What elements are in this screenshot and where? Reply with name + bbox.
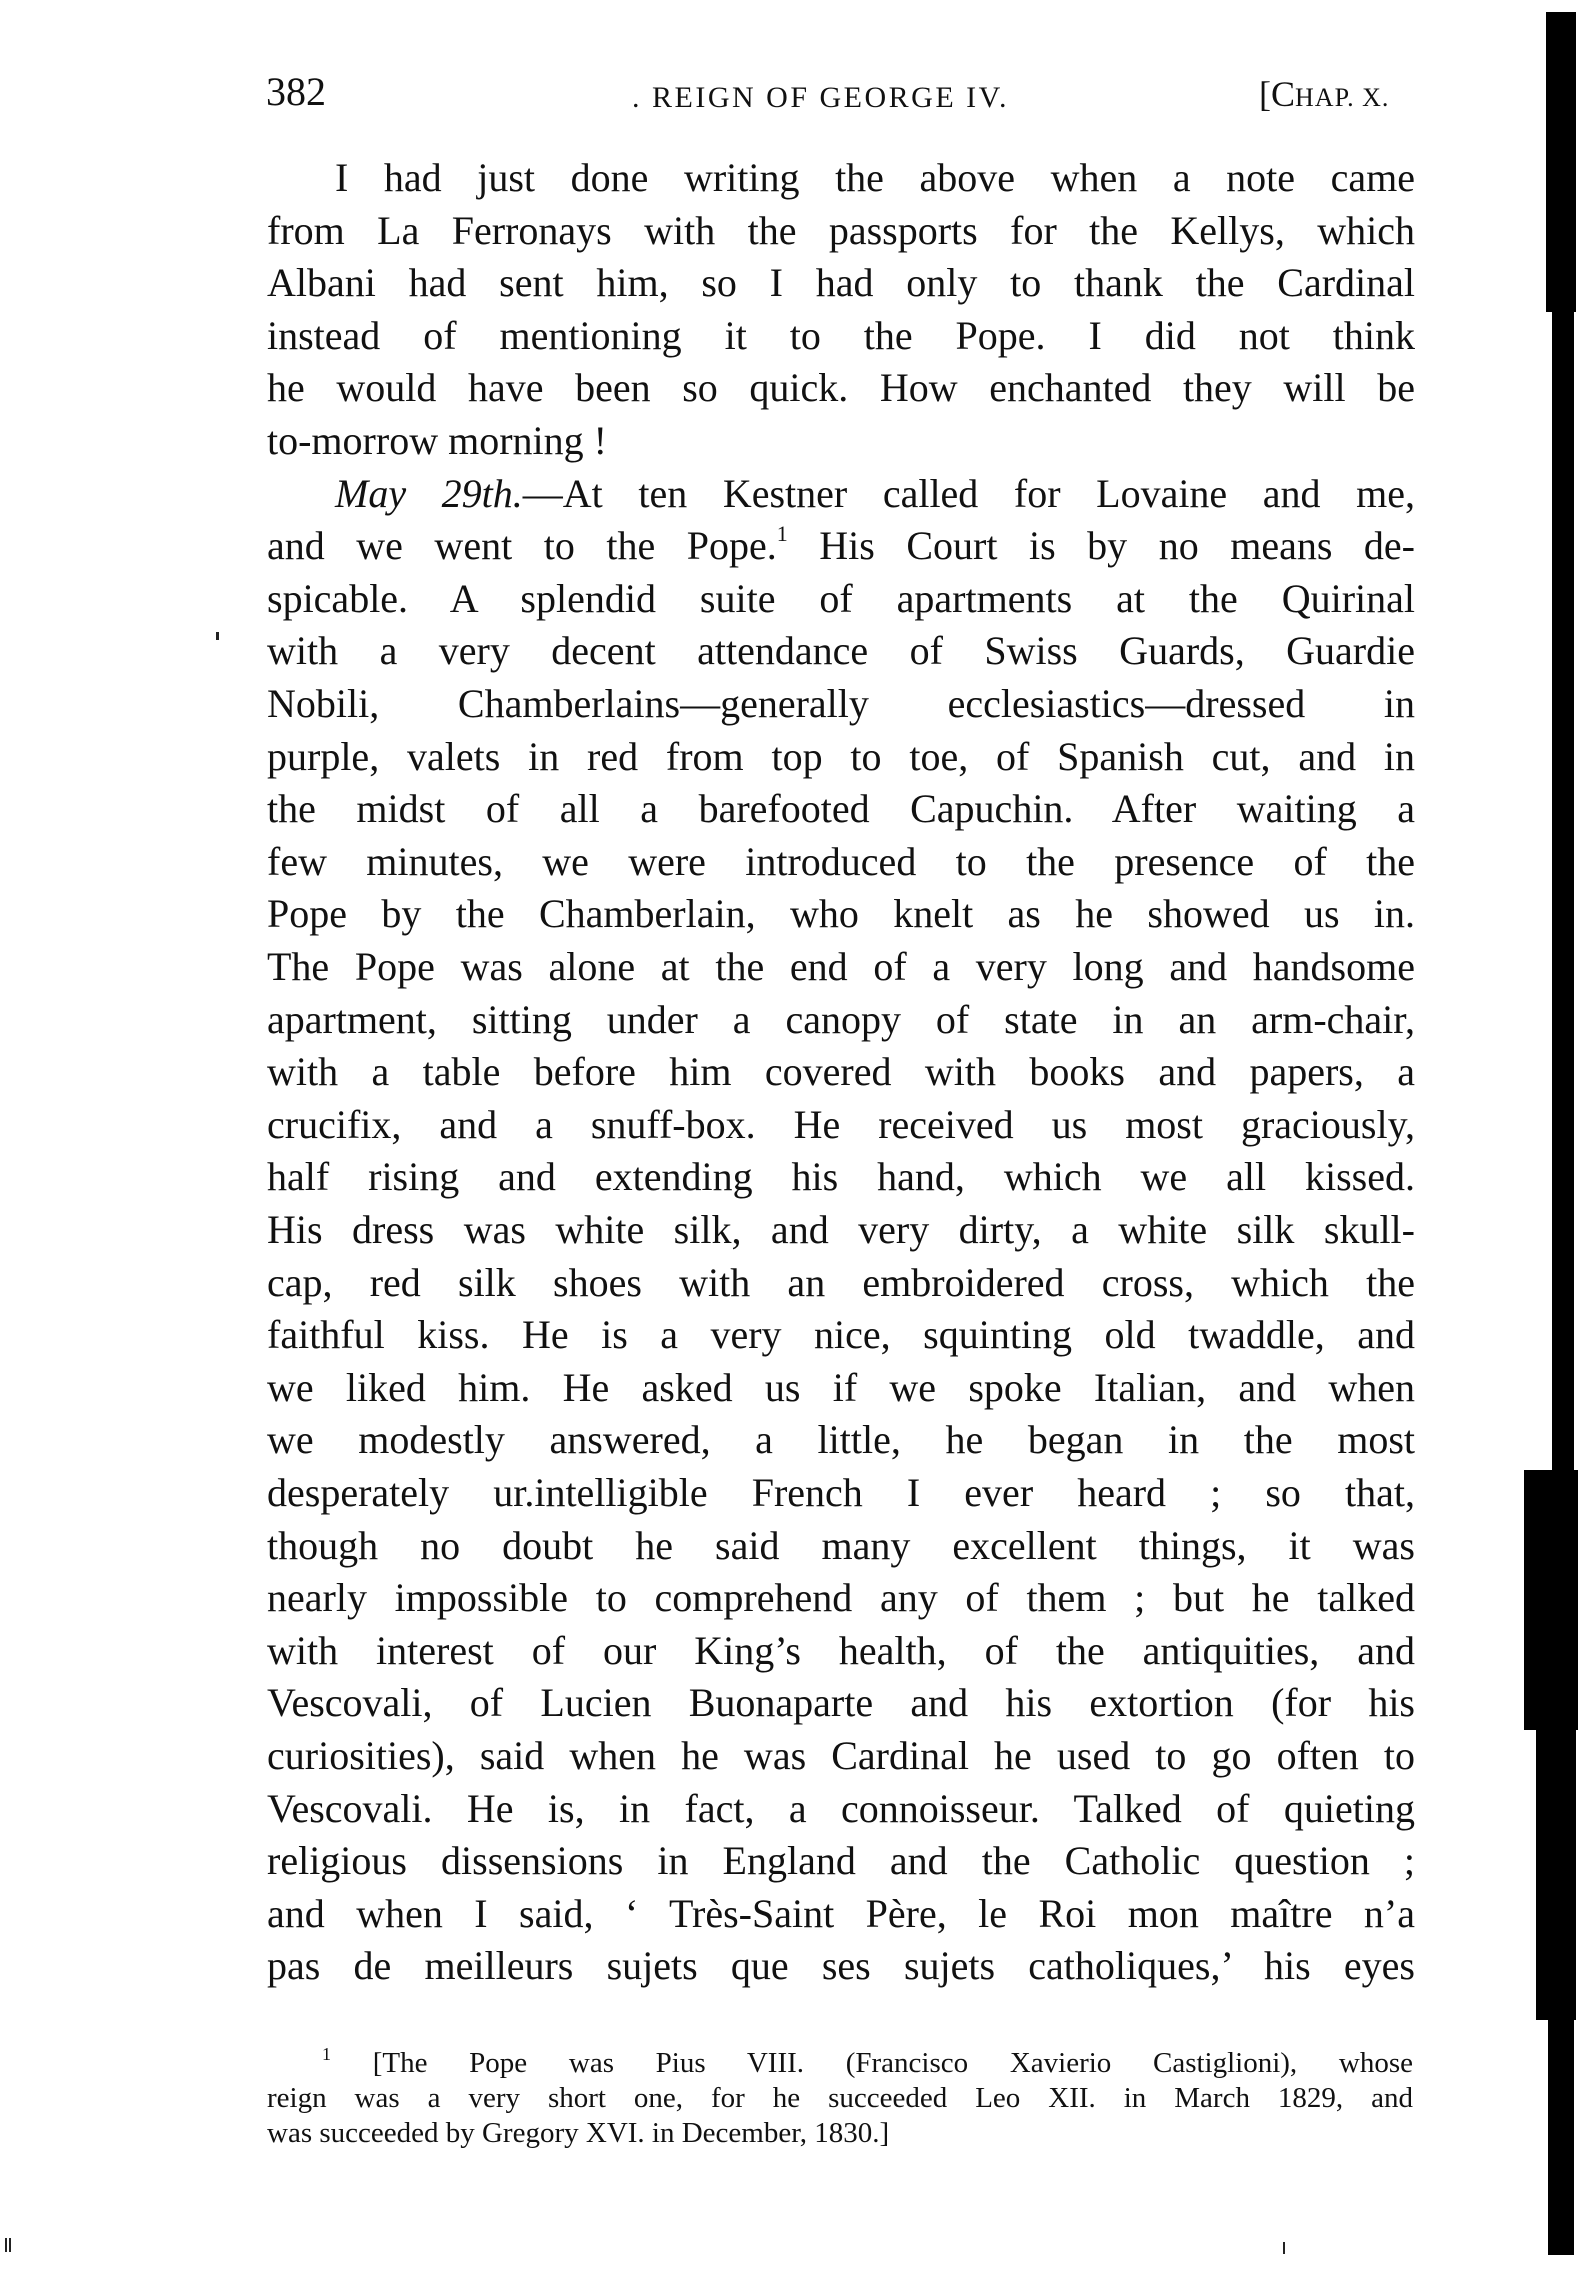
footnote-line: was succeeded by Gregory XVI. in Decembe…	[267, 2117, 1413, 2149]
text-line: religious dissensions in England and the…	[267, 1839, 1415, 1883]
text-line: spicable. A splendid suite of apartments…	[267, 577, 1415, 621]
text-line: nearly impossible to comprehend any of t…	[267, 1576, 1415, 1620]
chapter-bracket: [	[1259, 74, 1271, 114]
text-line: instead of mentioning it to the Pope. I …	[267, 314, 1415, 358]
scan-edge-shadow	[1524, 1470, 1578, 1730]
text-line: desperately ur.intelligible French I eve…	[267, 1471, 1415, 1515]
text-line: to-morrow morning !	[267, 419, 1415, 463]
book-page: 382 . REIGN OF GEORGE IV. [CHAP. X. I ha…	[0, 0, 1592, 2270]
text-line: purple, valets in red from top to toe, o…	[267, 735, 1415, 779]
scan-edge-shadow	[1548, 2010, 1574, 2255]
text-line: the midst of all a barefooted Capuchin. …	[267, 787, 1415, 831]
text-line: pas de meilleurs sujets que ses sujets c…	[267, 1944, 1415, 1988]
page-number: 382	[266, 72, 326, 112]
text-line: Nobili, Chamberlains—generally ecclesias…	[267, 682, 1415, 726]
scan-speck	[216, 632, 219, 640]
text-line: Vescovali, of Lucien Buonaparte and his …	[267, 1681, 1415, 1725]
running-title: . REIGN OF GEORGE IV.	[632, 78, 1009, 118]
scan-speck	[9, 2238, 11, 2252]
text-line: with a very decent attendance of Swiss G…	[267, 629, 1415, 673]
text-line: apartment, sitting under a canopy of sta…	[267, 998, 1415, 1042]
text-line: from La Ferronays with the passports for…	[267, 209, 1415, 253]
text-line: with a table before him covered with boo…	[267, 1050, 1415, 1094]
footnote-line: 1 [The Pope was Pius VIII. (Francisco Xa…	[322, 2047, 1413, 2079]
text-line: and we went to the Pope.1 His Court is b…	[267, 524, 1415, 568]
scan-speck	[1283, 2242, 1285, 2254]
text-line: May 29th.—At ten Kestner called for Lova…	[335, 472, 1415, 516]
text-line: His dress was white silk, and very dirty…	[267, 1208, 1415, 1252]
text-line: half rising and extending his hand, whic…	[267, 1155, 1415, 1199]
scan-speck	[5, 2238, 7, 2252]
text-line: few minutes, we were introduced to the p…	[267, 840, 1415, 884]
text-line: Vescovali. He is, in fact, a connoisseur…	[267, 1787, 1415, 1831]
chapter-rest: HAP. X.	[1295, 83, 1389, 112]
text-line: cap, red silk shoes with an embroidered …	[267, 1261, 1415, 1305]
text-line: we modestly answered, a little, he began…	[267, 1418, 1415, 1462]
chapter-initial: C	[1271, 74, 1295, 114]
scan-edge-shadow	[1552, 300, 1574, 1500]
footnote-marker: 1	[322, 2044, 331, 2064]
footnote-reference[interactable]: 1	[777, 521, 788, 546]
text-line: curiosities), said when he was Cardinal …	[267, 1734, 1415, 1778]
text-line: crucifix, and a snuff-box. He received u…	[267, 1103, 1415, 1147]
text-line: The Pope was alone at the end of a very …	[267, 945, 1415, 989]
scan-edge-shadow	[1546, 12, 1576, 312]
text-line: I had just done writing the above when a…	[335, 156, 1415, 200]
text-line: though no doubt he said many excellent t…	[267, 1524, 1415, 1568]
text-line: faithful kiss. He is a very nice, squint…	[267, 1313, 1415, 1357]
scan-edge-shadow	[1536, 1720, 1576, 2020]
text-line: Albani had sent him, so I had only to th…	[267, 261, 1415, 305]
date-heading: May 29th.	[335, 471, 523, 516]
text-line: with interest of our King’s health, of t…	[267, 1629, 1415, 1673]
text-line: he would have been so quick. How enchant…	[267, 366, 1415, 410]
text-line: Pope by the Chamberlain, who knelt as he…	[267, 892, 1415, 936]
text-line: we liked him. He asked us if we spoke It…	[267, 1366, 1415, 1410]
footnote-line: reign was a very short one, for he succe…	[267, 2082, 1413, 2114]
chapter-label: [CHAP. X.	[1259, 74, 1389, 114]
text-line: and when I said, ‘ Très-Saint Père, le R…	[267, 1892, 1415, 1936]
